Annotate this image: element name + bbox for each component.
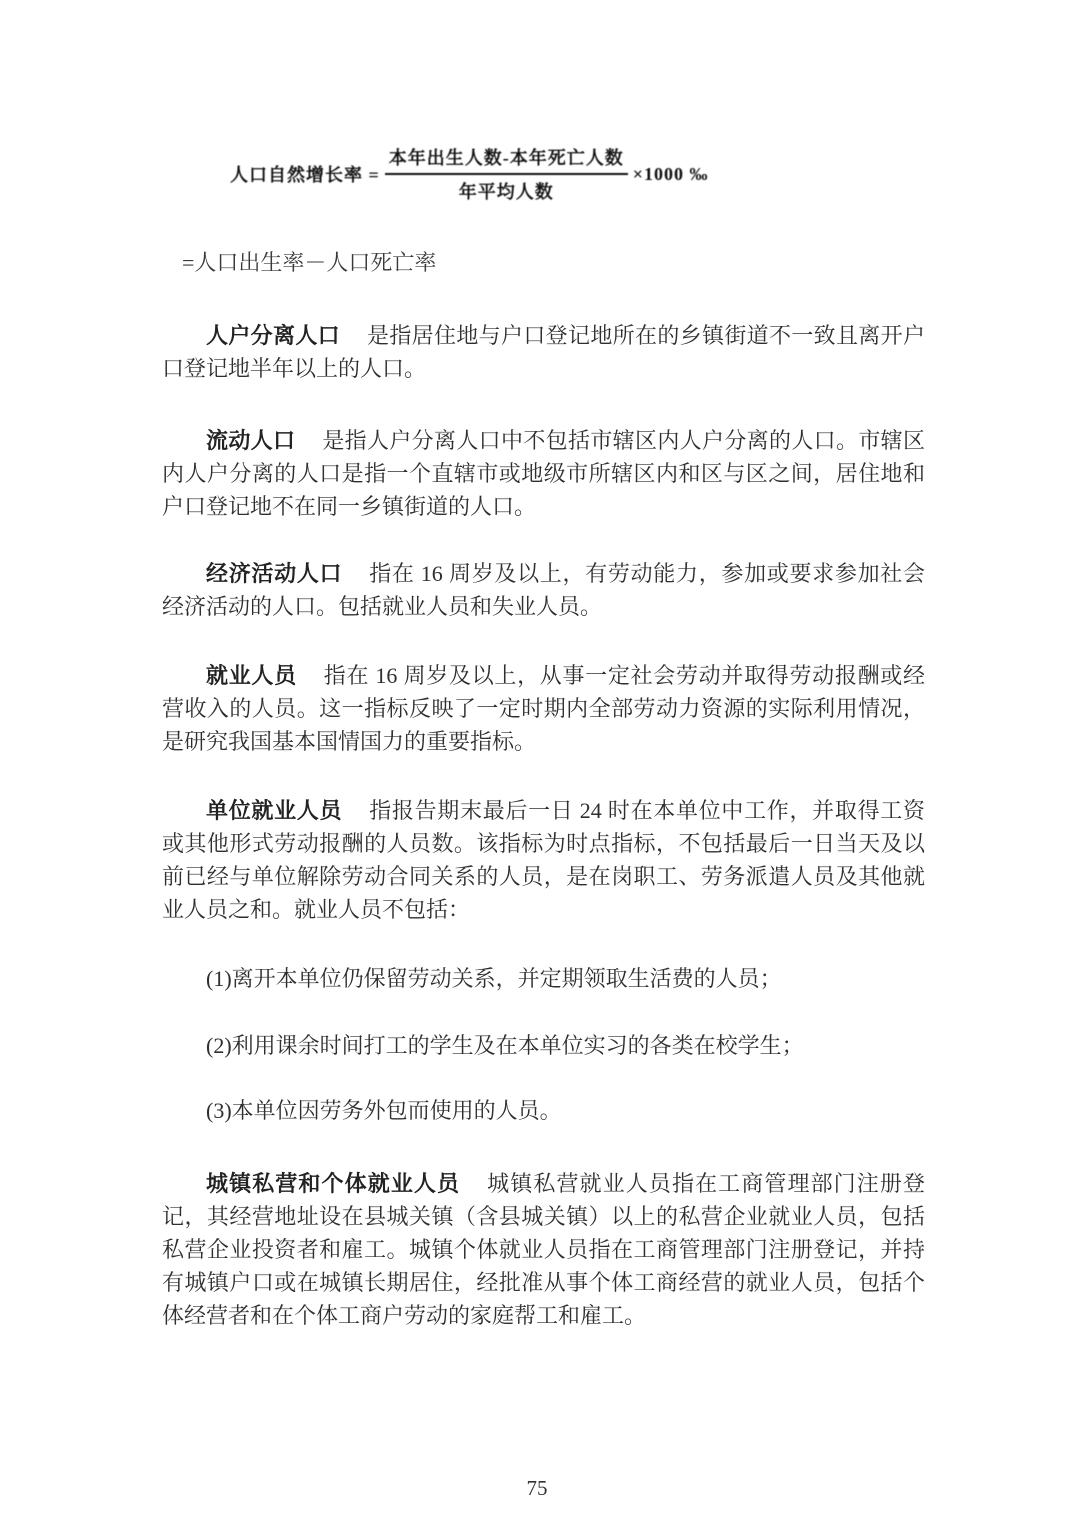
page-number: 75: [0, 1476, 1074, 1501]
definition-term: 人户分离人口: [206, 323, 367, 348]
definition-chengzhen-siying-geti-jiuye-renyuan: 城镇私营和个体就业人员城镇私营就业人员指在工商管理部门注册登记，其经营地址设在县…: [162, 1167, 925, 1332]
formula-lhs: 人口自然增长率 =: [230, 161, 380, 187]
list-item-1: (1)离开本单位仍保留劳动关系，并定期领取生活费的人员；: [162, 962, 925, 995]
definition-term: 流动人口: [206, 428, 322, 453]
definition-jiuye-renyuan: 就业人员指在 16 周岁及以上，从事一定社会劳动并取得劳动报酬或经营收入的人员。…: [162, 659, 925, 758]
text-column: 人口自然增长率 = 本年出生人数-本年死亡人数 年平均人数 ×1000 ‰ =人…: [162, 0, 925, 1520]
formula-fraction: 本年出生人数-本年死亡人数 年平均人数: [385, 144, 628, 204]
definition-term: 城镇私营和个体就业人员: [206, 1171, 487, 1196]
list-item-2: (2)利用课余时间打工的学生及在本单位实习的各类在校学生；: [162, 1029, 925, 1062]
definition-liudong-renkou: 流动人口是指人户分离人口中不包括市辖区内人户分离的人口。市辖区内人户分离的人口是…: [162, 424, 925, 523]
natural-growth-rate-formula: 人口自然增长率 = 本年出生人数-本年死亡人数 年平均人数 ×1000 ‰: [230, 144, 709, 204]
definition-danwei-jiuye-renyuan: 单位就业人员指报告期末最后一日 24 时在本单位中工作，并取得工资或其他形式劳动…: [162, 794, 925, 926]
list-item-3: (3)本单位因劳务外包而使用的人员。: [162, 1094, 925, 1127]
formula-expansion-line: =人口出生率－人口死亡率: [182, 246, 436, 279]
formula-numerator: 本年出生人数-本年死亡人数: [385, 144, 628, 175]
definition-term: 经济活动人口: [206, 561, 369, 586]
formula-denominator: 年平均人数: [385, 175, 628, 204]
formula-multiplier: ×1000 ‰: [633, 164, 709, 185]
definition-term: 单位就业人员: [206, 798, 369, 823]
document-page: 人口自然增长率 = 本年出生人数-本年死亡人数 年平均人数 ×1000 ‰ =人…: [0, 0, 1074, 1520]
definition-term: 就业人员: [206, 663, 324, 688]
definition-renhu-fenli-renkou: 人户分离人口是指居住地与户口登记地所在的乡镇街道不一致且离开户口登记地半年以上的…: [162, 319, 925, 385]
definition-jingji-huodong-renkou: 经济活动人口指在 16 周岁及以上，有劳动能力，参加或要求参加社会经济活动的人口…: [162, 557, 925, 623]
